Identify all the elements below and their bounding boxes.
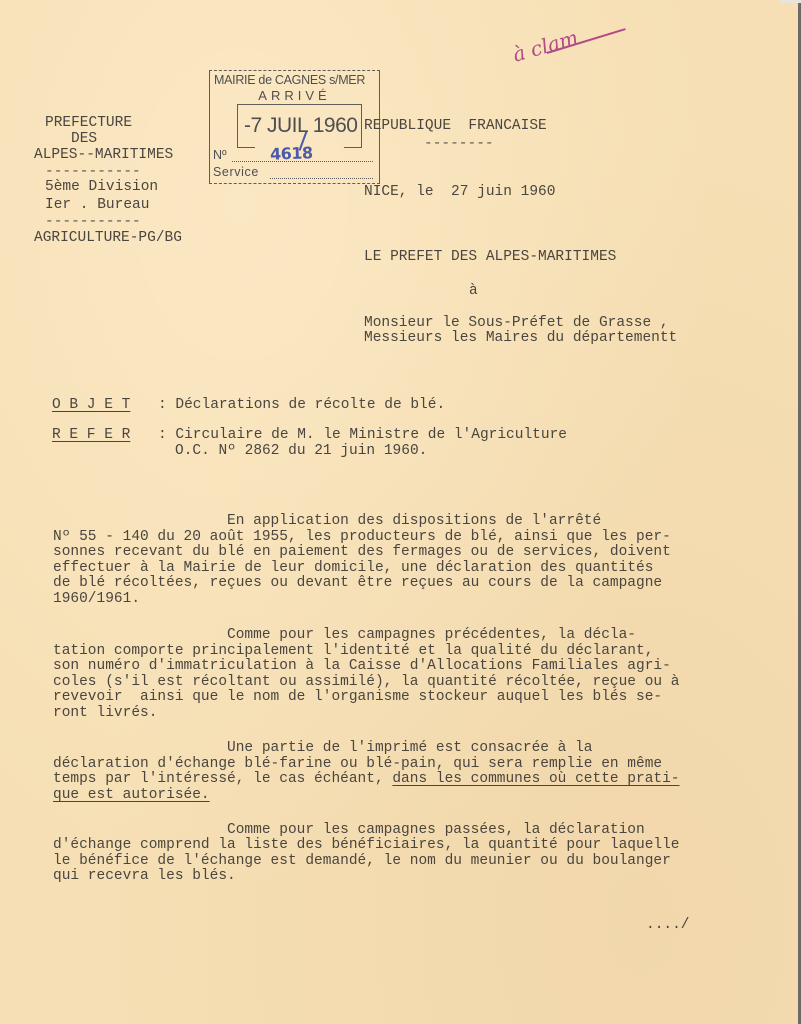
division: 5ème Division (45, 180, 158, 196)
text-line: ront livrés. (53, 706, 157, 722)
to: à (469, 284, 478, 300)
refer-label: R E F E R (52, 428, 130, 444)
prefecture-line: PREFECTURE (45, 116, 132, 132)
separator: ----------- (45, 166, 141, 178)
recipient-2: Messieurs les Maires du départementt (364, 331, 677, 347)
text-segment: temps par l'intéressé, le cas échéant, (53, 771, 392, 787)
page-edge-top (780, 0, 801, 3)
text-line: 1960/1961. (53, 592, 140, 608)
text-line: En application des dispositions de l'arr… (53, 514, 601, 530)
place-date: NICE, le 27 juin 1960 (364, 185, 555, 201)
stamp-status: ARRIVÉ (210, 88, 379, 103)
text-line: temps par l'intéressé, le cas échéant, d… (53, 772, 680, 788)
stamp-date-box: -7 JUIL 1960 (237, 104, 362, 148)
prefecture-des: DES (71, 132, 97, 148)
reception-stamp: MAIRIE de CAGNES s/MER ARRIVÉ -7 JUIL 19… (209, 70, 380, 184)
stamp-number-value: 4618 (270, 143, 313, 163)
sender: LE PREFET DES ALPES-MARITIMES (364, 250, 616, 266)
text-line: Une partie de l'imprimé est consacrée à … (53, 741, 593, 757)
stamp-date: -7 JUIL 1960 (244, 114, 357, 138)
text-line: que est autorisée. (53, 788, 210, 804)
underlined-text: dans les communes où cette prati- (392, 771, 679, 787)
objet-label: O B J E T (52, 398, 130, 414)
stamp-service-line (270, 178, 373, 179)
prefecture-department: ALPES--MARITIMES (34, 148, 173, 164)
refer-line-1: : Circulaire de M. le Ministre de l'Agri… (158, 428, 567, 444)
text-line: d'échange comprend la liste des bénéfici… (53, 838, 680, 854)
text-line: revevoir ainsi que le nom de l'organisme… (53, 690, 662, 706)
text-line: qui recevra les blés. (53, 869, 236, 885)
continuation-mark: ..../ (646, 918, 690, 934)
separator: -------- (424, 138, 494, 150)
text-line: son numéro d'immatriculation à la Caisse… (53, 659, 671, 675)
text-line: Comme pour les campagnes précédentes, la… (53, 628, 636, 644)
republic-title: REPUBLIQUE FRANCAISE (364, 119, 547, 135)
stamp-mairie: MAIRIE de CAGNES s/MER (214, 73, 365, 87)
text-line: de blé récoltées, reçues ou devant être … (53, 576, 662, 592)
bureau: Ier . Bureau (45, 198, 149, 214)
stamp-number-label: Nº (213, 148, 227, 162)
stamp-service-label: Service (213, 165, 259, 179)
objet-text: : Déclarations de récolte de blé. (158, 398, 445, 414)
text-line: sonnes recevant du blé en paiement des f… (53, 545, 671, 561)
refer-line-2: O.C. Nº 2862 du 21 juin 1960. (175, 444, 427, 460)
reference-code: AGRICULTURE-PG/BG (34, 231, 182, 247)
separator: ----------- (45, 216, 141, 228)
